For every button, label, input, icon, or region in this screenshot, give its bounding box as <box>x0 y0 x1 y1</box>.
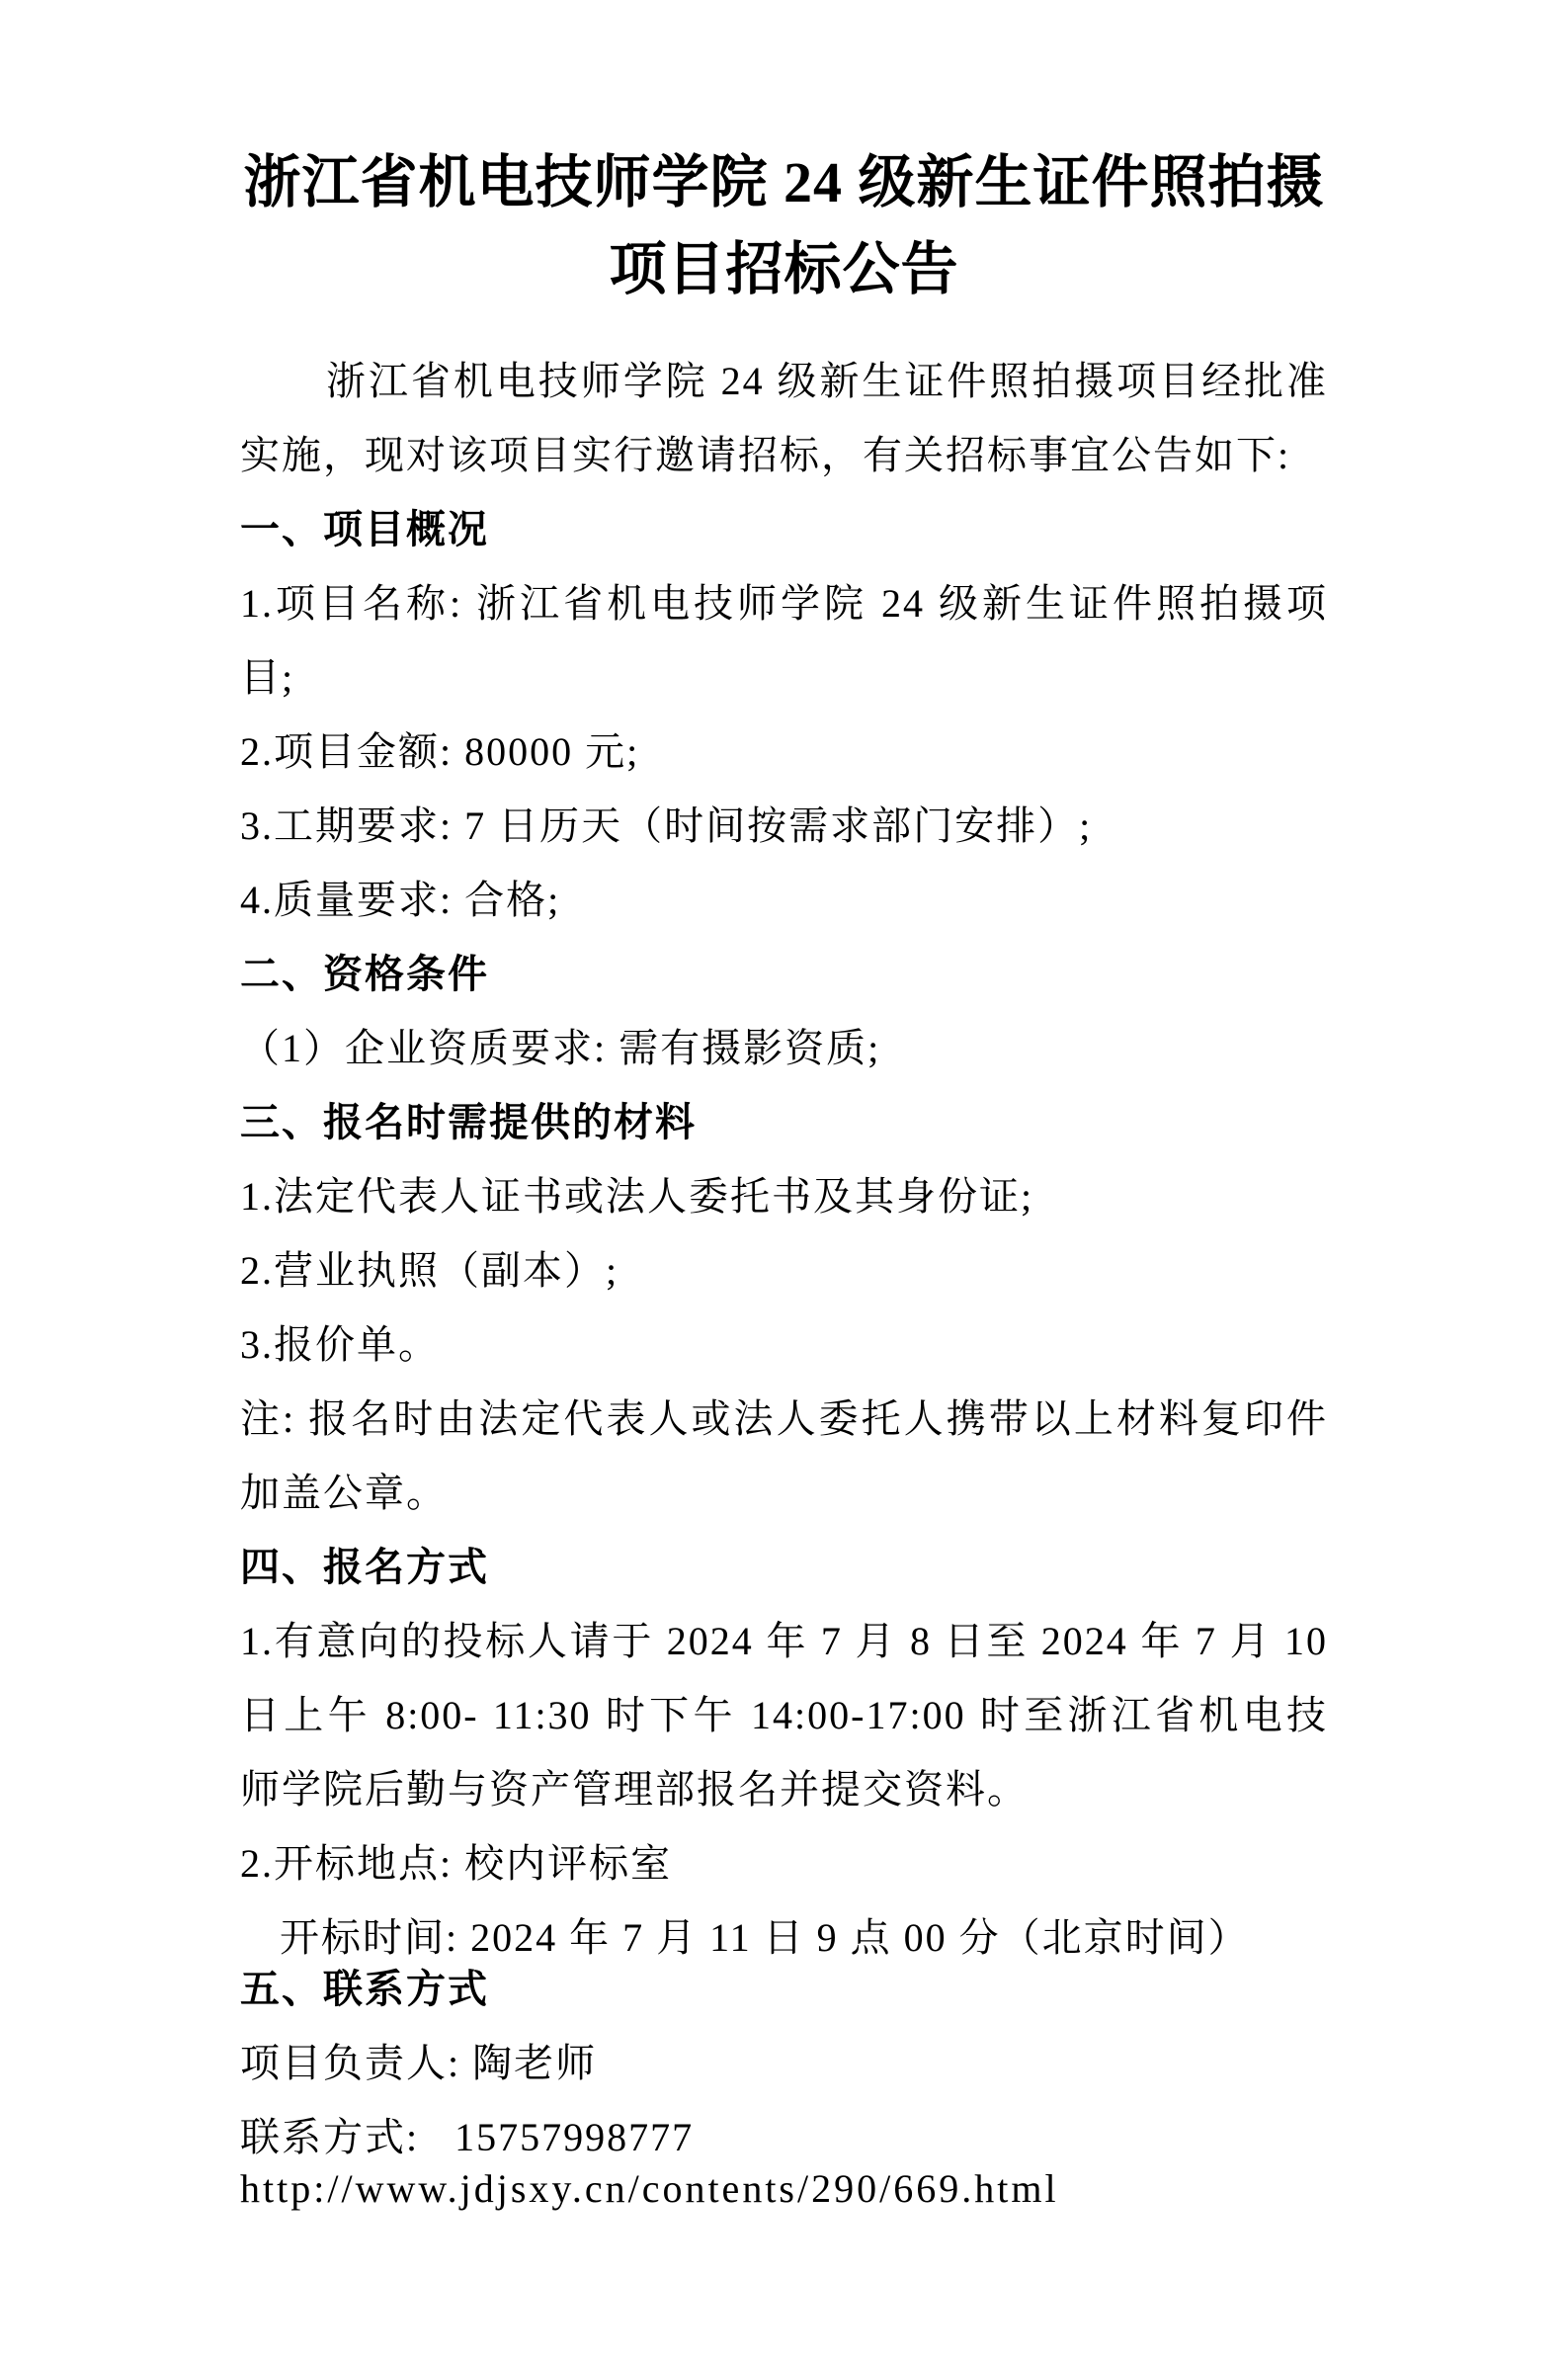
doc-line: 4.质量要求: 合格; <box>240 863 1328 937</box>
doc-line: 2.营业执照（副本）; <box>240 1233 1328 1307</box>
doc-line: 加盖公章。 <box>240 1456 1328 1530</box>
section-heading: 一、项目概况 <box>240 492 1328 566</box>
doc-line: 浙江省机电技师学院 24 级新生证件照拍摄项目经批准 <box>240 344 1328 418</box>
doc-line: 实施，现对该项目实行邀请招标，有关招标事宜公告如下: <box>240 418 1328 492</box>
doc-line: 3.工期要求: 7 日历天（时间按需求部门安排）; <box>240 789 1328 863</box>
doc-line: 日上午 8:00- 11:30 时下午 14:00-17:00 时至浙江省机电技 <box>240 1678 1328 1752</box>
document-page: 浙江省机电技师学院 24 级新生证件照拍摄 项目招标公告 浙江省机电技师学院 2… <box>0 0 1568 2360</box>
doc-line: 3.报价单。 <box>240 1307 1328 1382</box>
section-heading: 四、报名方式 <box>240 1530 1328 1604</box>
doc-line: http://www.jdjsxy.cn/contents/290/669.ht… <box>240 2151 1328 2226</box>
title-line-2: 项目招标公告 <box>240 226 1328 313</box>
doc-line: 目; <box>240 640 1328 715</box>
document-body: 浙江省机电技师学院 24 级新生证件照拍摄项目经批准实施，现对该项目实行邀请招标… <box>240 344 1328 2226</box>
doc-line: 1.项目名称: 浙江省机电技师学院 24 级新生证件照拍摄项 <box>240 566 1328 640</box>
doc-line: 项目负责人: 陶老师 <box>240 2026 1328 2100</box>
doc-line: 2.开标地点: 校内评标室 <box>240 1826 1328 1900</box>
doc-line: 2.项目金额: 80000 元; <box>240 715 1328 789</box>
section-heading: 三、报名时需提供的材料 <box>240 1085 1328 1159</box>
doc-line: 注: 报名时由法定代表人或法人委托人携带以上材料复印件 <box>240 1382 1328 1456</box>
section-heading: 二、资格条件 <box>240 937 1328 1011</box>
doc-line: 1.有意向的投标人请于 2024 年 7 月 8 日至 2024 年 7 月 1… <box>240 1604 1328 1678</box>
document-content: 浙江省机电技师学院 24 级新生证件照拍摄 项目招标公告 浙江省机电技师学院 2… <box>240 139 1328 2226</box>
title-line-1: 浙江省机电技师学院 24 级新生证件照拍摄 <box>240 139 1328 226</box>
doc-line: 1.法定代表人证书或法人委托书及其身份证; <box>240 1159 1328 1233</box>
doc-line: 师学院后勤与资产管理部报名并提交资料。 <box>240 1752 1328 1826</box>
document-title: 浙江省机电技师学院 24 级新生证件照拍摄 项目招标公告 <box>240 139 1328 313</box>
doc-line: （1）企业资质要求: 需有摄影资质; <box>240 1011 1328 1085</box>
